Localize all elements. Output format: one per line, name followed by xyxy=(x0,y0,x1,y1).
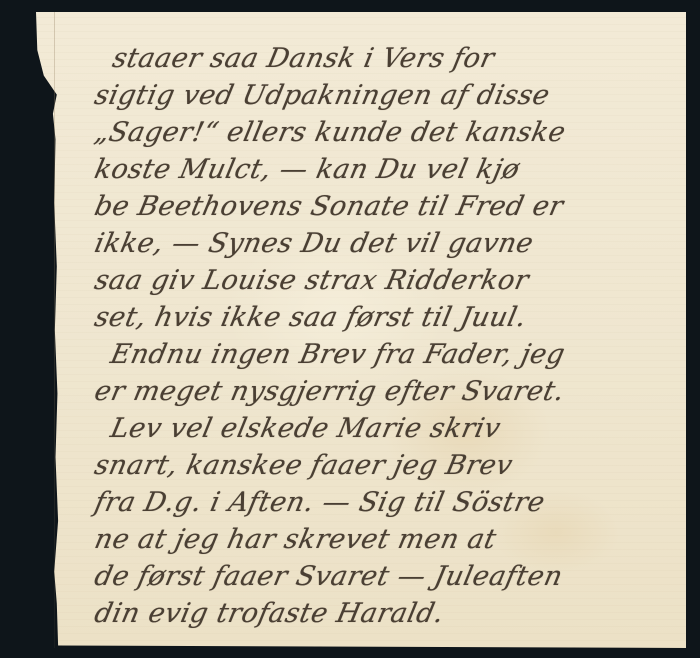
letter-line: Lev vel elskede Marie skriv xyxy=(91,410,679,447)
letter-line: Endnu ingen Brev fra Fader, jeg xyxy=(91,336,679,373)
letter-line: ikke, — Synes Du det vil gavne xyxy=(91,225,679,262)
letter-line: set, hvis ikke saa først til Juul. xyxy=(91,299,679,336)
letter-line: snart, kanskee faaer jeg Brev xyxy=(91,447,679,484)
letter-line: „Sager!“ ellers kunde det kanske xyxy=(91,114,679,151)
letter-line: staaer saa Dansk i Vers for xyxy=(91,40,679,77)
letter-line: ne at jeg har skrevet men at xyxy=(91,521,679,558)
paper-fold-line xyxy=(54,12,55,648)
letter-line: saa giv Louise strax Ridderkor xyxy=(91,262,679,299)
letter-line: koste Mulct, — kan Du vel kjø xyxy=(91,151,679,188)
letter-line: er meget nysgjerrig efter Svaret. xyxy=(91,373,679,410)
letter-body: staaer saa Dansk i Vers for sigtig ved U… xyxy=(95,40,675,632)
signature-line: din evig trofaste Harald. xyxy=(91,595,679,632)
letter-line: sigtig ved Udpakningen af disse xyxy=(91,77,679,114)
letter-line: be Beethovens Sonate til Fred er xyxy=(91,188,679,225)
letter-line: de først faaer Svaret — Juleaften xyxy=(91,558,679,595)
letter-line: fra D.g. i Aften. — Sig til Söstre xyxy=(91,484,679,521)
